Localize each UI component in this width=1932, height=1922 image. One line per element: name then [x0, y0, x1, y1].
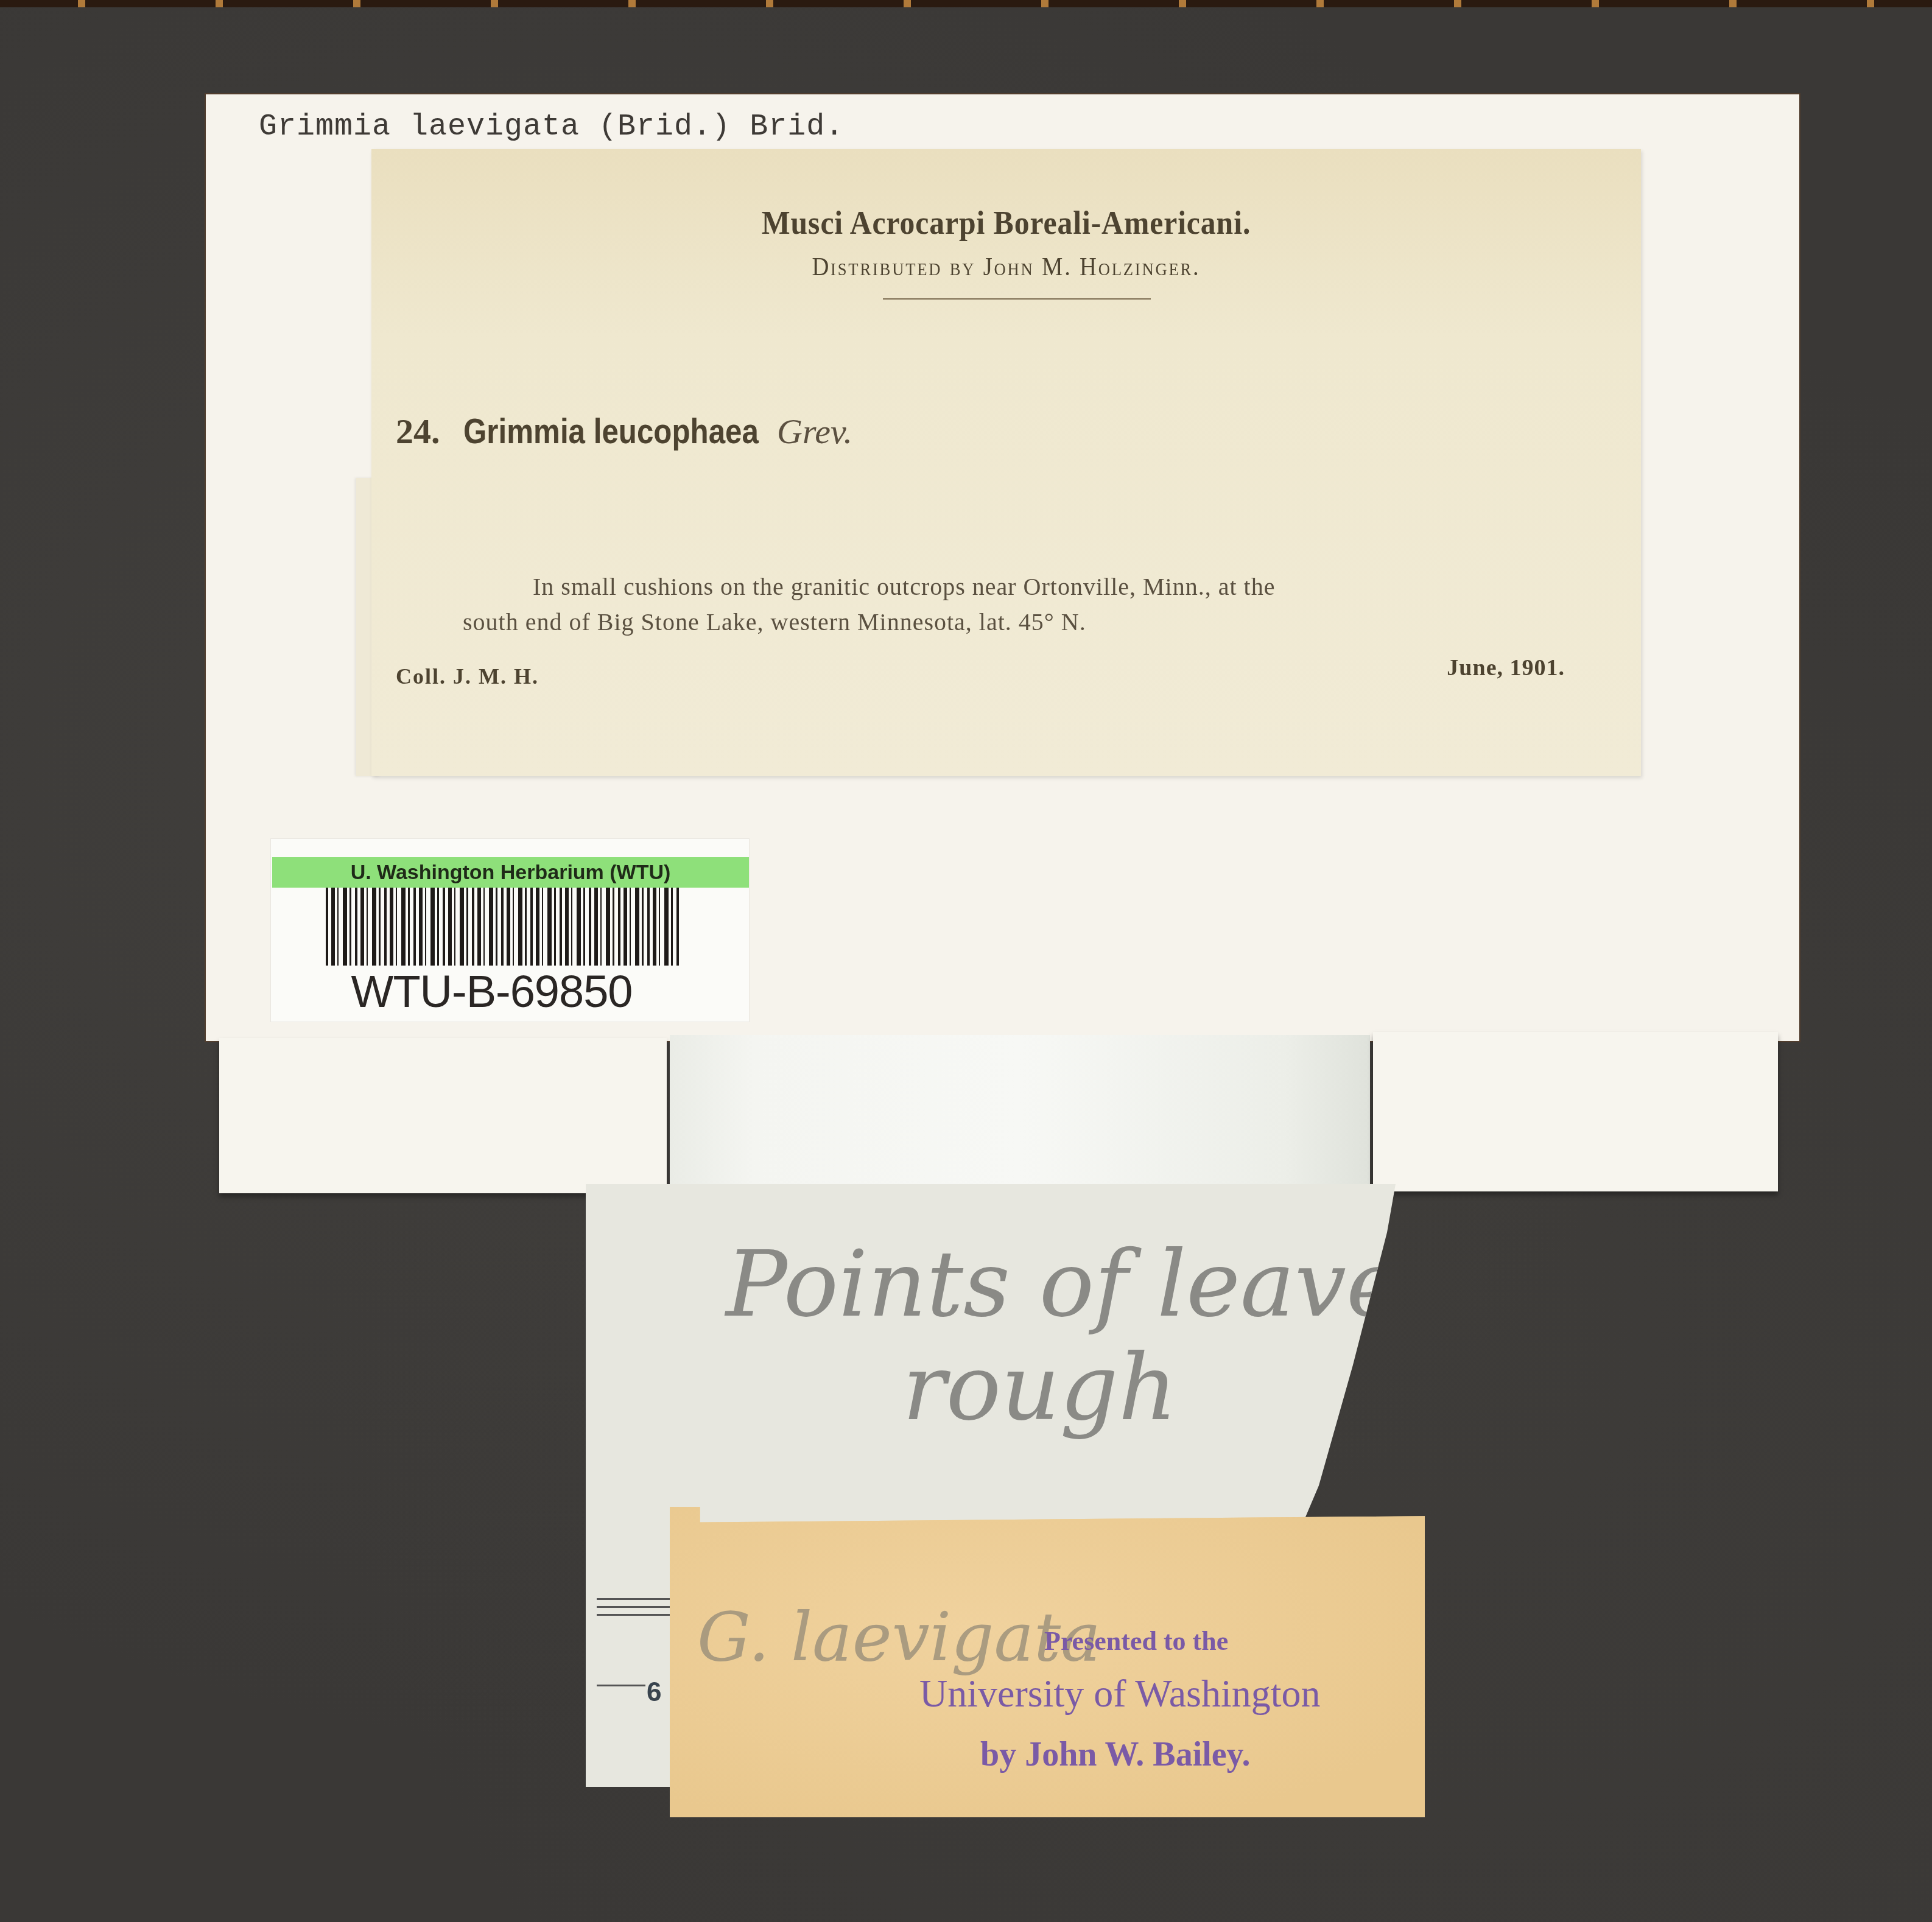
- barcode-label: U. Washington Herbarium (WTU) WTU-B-6985…: [271, 839, 749, 1022]
- envelope-window: [670, 1035, 1370, 1184]
- envelope-flap-left: [219, 1038, 667, 1193]
- distributor-line: Distributed by John M. Holzinger.: [422, 253, 1590, 282]
- stamp-line-3: by John W. Bailey.: [980, 1735, 1251, 1774]
- collector: Coll. J. M. H.: [396, 664, 539, 689]
- donor-label: G. laevigata Presented to the University…: [670, 1507, 1425, 1817]
- collection-date: June, 1901.: [1447, 654, 1565, 681]
- note-line-1: Points of leaves: [726, 1232, 1447, 1338]
- locality-text: In small cushions on the granitic outcro…: [463, 569, 1586, 640]
- species-line: 24. Grimmia leucophaea Grev.: [396, 411, 852, 452]
- series-title: Musci Acrocarpi Boreali-Americani.: [422, 204, 1590, 242]
- locality-line-1: In small cushions on the granitic outcro…: [463, 569, 1586, 605]
- stamp-line-1: Presented to the: [1044, 1626, 1228, 1657]
- species-authority: Grev.: [777, 412, 852, 451]
- exsiccata-number: 24.: [396, 412, 440, 451]
- scale-tick-lines: [597, 1598, 670, 1622]
- handwritten-note: Points of leaves rough: [726, 1233, 1447, 1440]
- herbarium-name: U. Washington Herbarium (WTU): [272, 857, 749, 888]
- divider-rule: [883, 298, 1151, 300]
- barcode-icon: [326, 888, 679, 966]
- printed-exsiccata-label: Musci Acrocarpi Boreali-Americani. Distr…: [371, 149, 1641, 776]
- scale-number: 6: [647, 1677, 661, 1708]
- note-line-2: rough: [726, 1336, 1447, 1440]
- scale-tick: [597, 1685, 645, 1686]
- typed-determination: Grimmia laevigata (Brid.) Brid.: [259, 110, 844, 144]
- species-name: Grimmia leucophaea: [463, 411, 759, 452]
- catalog-number: WTU-B-69850: [271, 966, 712, 1017]
- stamp-line-2: University of Washington: [919, 1671, 1321, 1716]
- locality-line-2: south end of Big Stone Lake, western Min…: [463, 605, 1586, 640]
- pencil-annotation: G. laevigata: [697, 1598, 1101, 1676]
- envelope-flap-right: [1373, 1032, 1778, 1191]
- ruler-edge: [0, 0, 1932, 7]
